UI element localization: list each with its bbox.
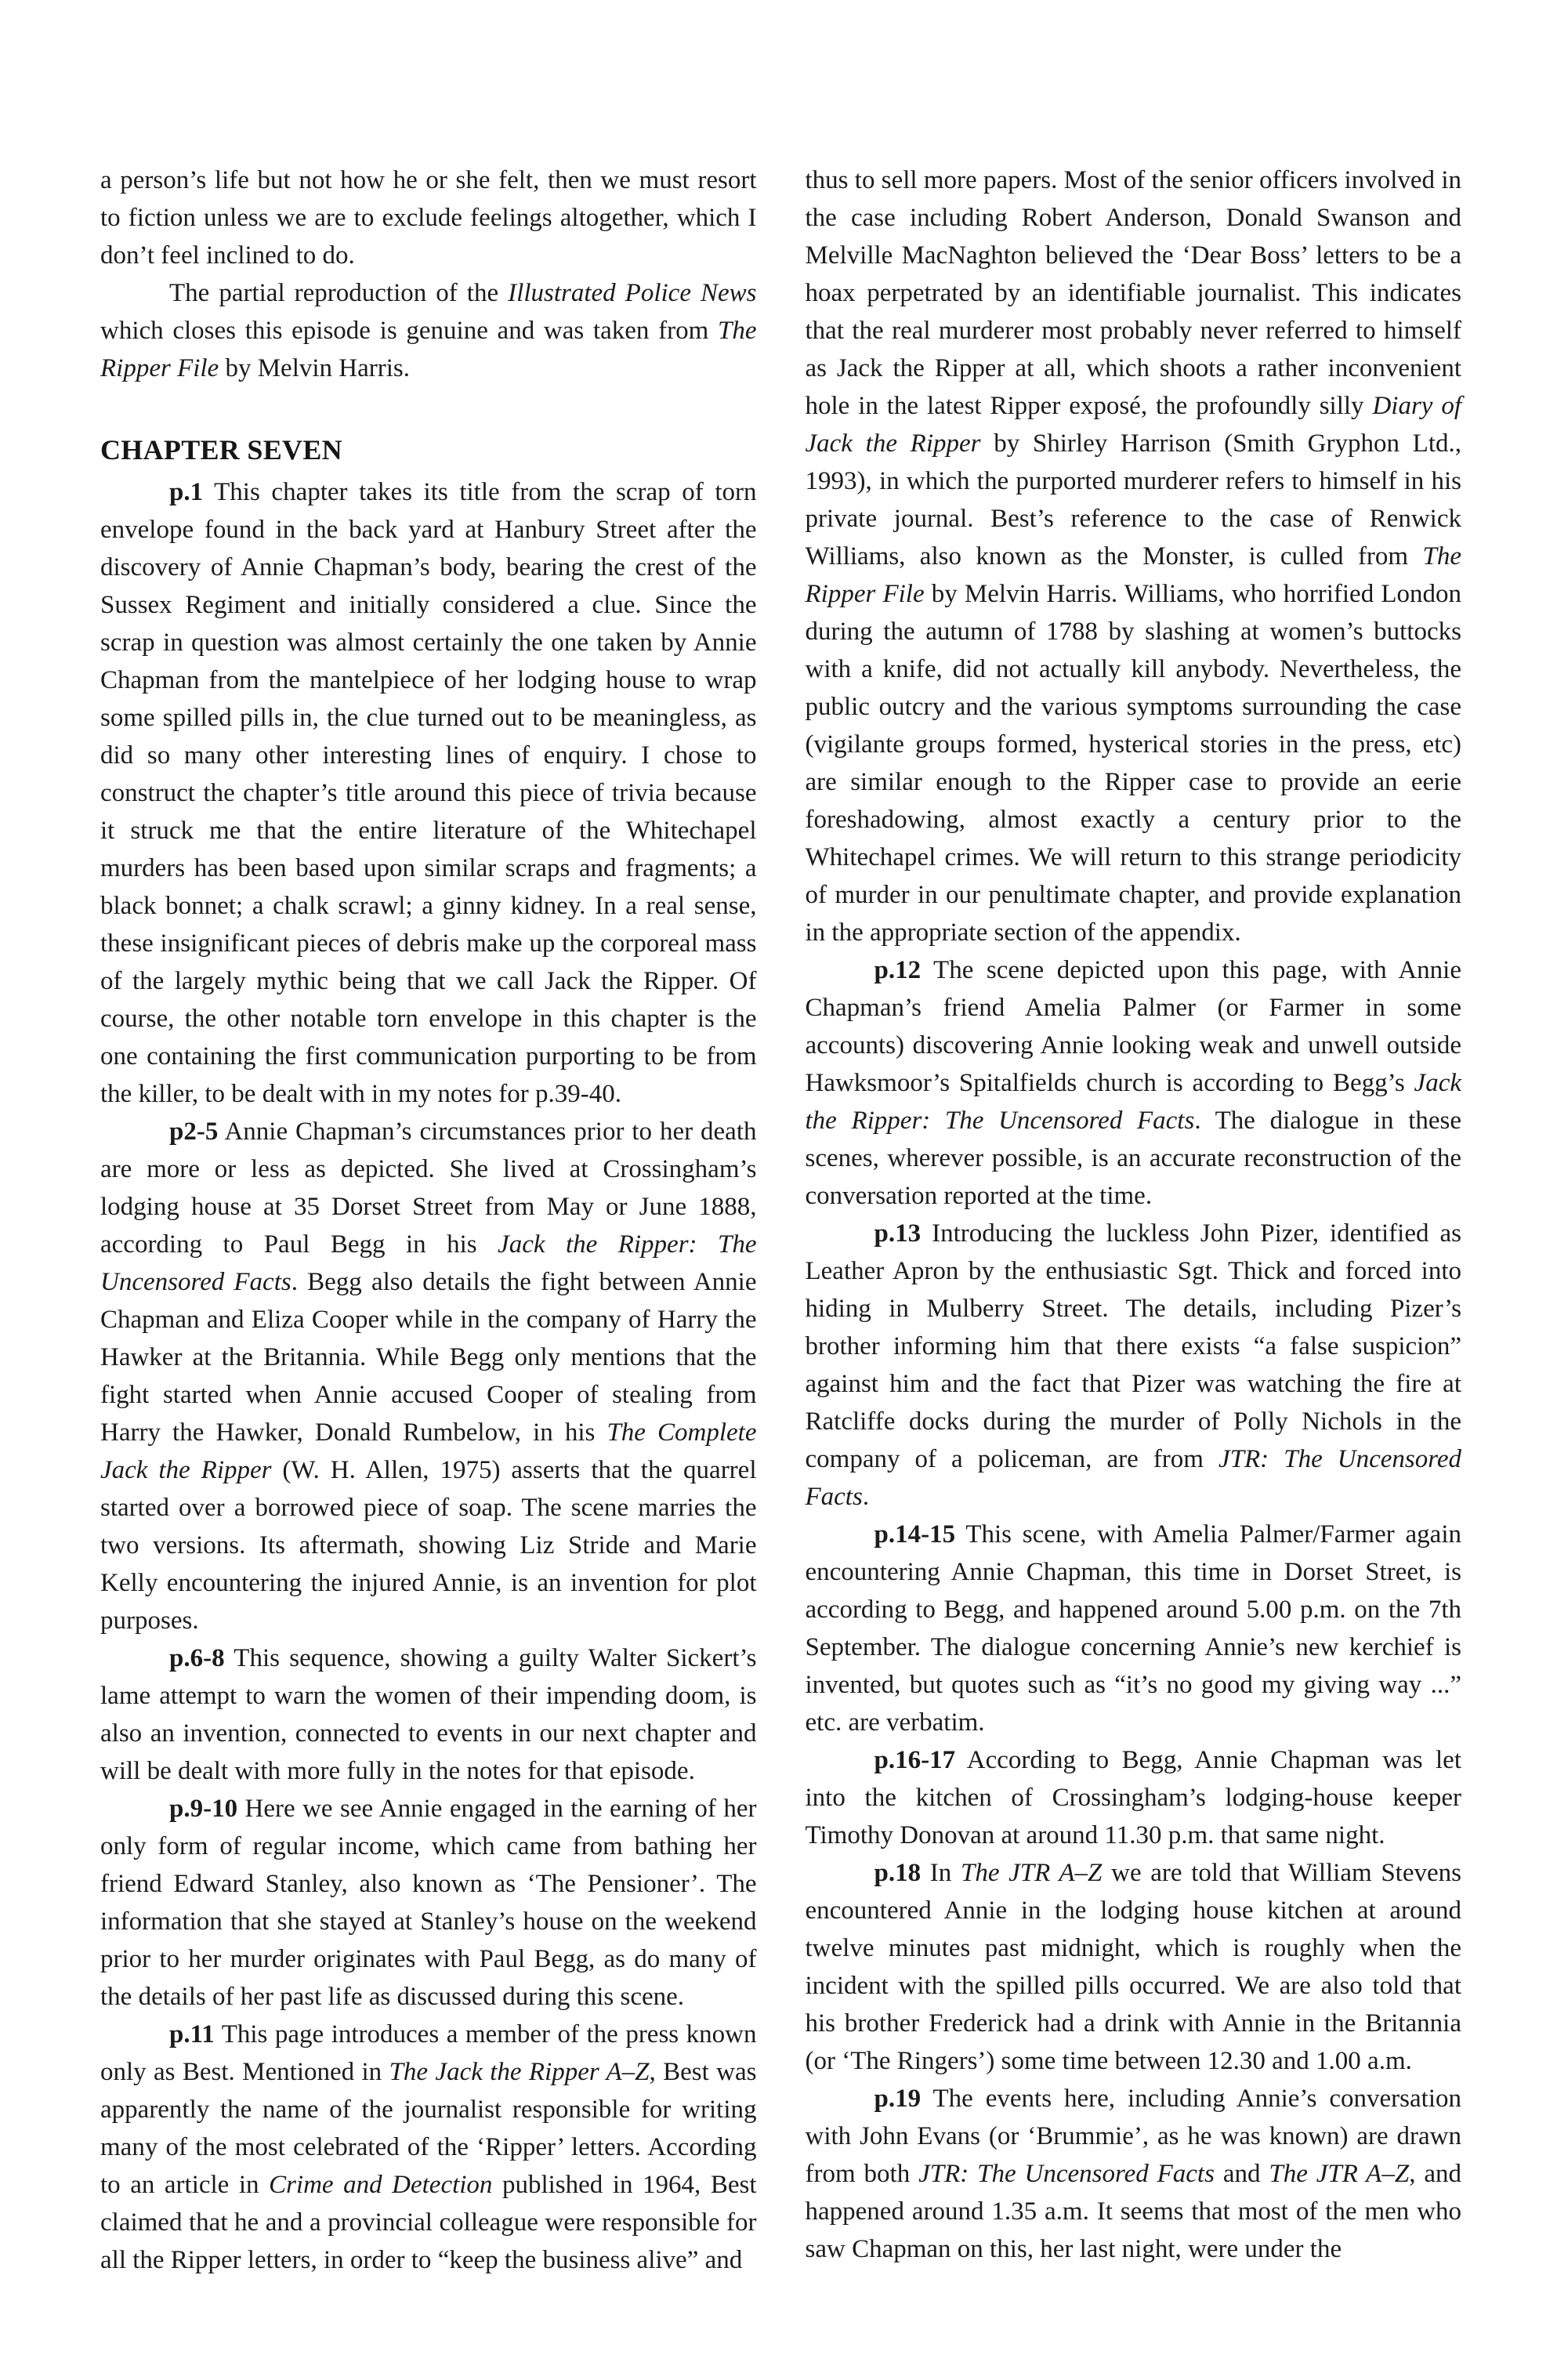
book-title-text: The JTR A–Z [961,1859,1102,1887]
page-ref-label: p.18 [874,1859,922,1887]
body-text-run: and [1215,2160,1269,2188]
book-title-text: The Jack the Ripper A–Z [389,2058,650,2086]
continuation-paragraph: a person’s life but not how he or she fe… [100,161,757,274]
body-text-run: we are told that William Stevens encount… [806,1859,1462,2075]
book-title-text: JTR: The Uncensored Facts [918,2160,1215,2188]
body-text-run: This chapter takes its title from the sc… [100,478,757,1108]
book-page: a person’s life but not how he or she fe… [0,0,1557,2380]
note-paragraph: p.9-10 Here we see Annie engaged in the … [100,1790,757,2016]
book-title-text: The JTR A–Z [1269,2160,1409,2188]
body-text-run: . [863,1483,869,1511]
body-text-run: a person’s life but not how he or she fe… [100,166,757,270]
note-paragraph: p.14-15 This scene, with Amelia Palmer/F… [806,1516,1462,1741]
note-paragraph: p.6-8 This sequence, showing a guilty Wa… [100,1639,757,1790]
book-title-text: Crime and Detection [269,2171,492,2199]
body-text-run: In [921,1859,961,1887]
chapter-heading: CHAPTER SEVEN [100,431,757,469]
page-ref-label: p.16-17 [874,1746,956,1774]
book-title-text: Illustrated Police News [508,279,756,307]
note-paragraph: p.1 This chapter takes its title from th… [100,473,757,1113]
body-text-run: by Melvin Harris. Williams, who horrifie… [806,580,1462,947]
body-text-run: This scene, with Amelia Palmer/Farmer ag… [806,1520,1462,1737]
body-text-run: which closes this episode is genuine and… [100,317,718,345]
page-ref-label: p.6-8 [169,1644,225,1672]
note-paragraph: p.13 Introducing the luckless John Pizer… [806,1215,1462,1516]
note-paragraph: p.19 The events here, including Annie’s … [806,2080,1462,2268]
page-ref-label: p.19 [874,2085,922,2113]
note-paragraph: p.16-17 According to Begg, Annie Chapman… [806,1741,1462,1854]
body-text-run: by Melvin Harris. [219,354,410,382]
continuation-paragraph: thus to sell more papers. Most of the se… [806,161,1462,951]
note-paragraph: p.11 This page introduces a member of th… [100,2016,757,2279]
page-ref-label: p.12 [874,956,922,984]
page-ref-label: p.1 [169,478,203,506]
page-ref-label: p.14-15 [874,1520,956,1549]
page-ref-label: p.11 [169,2020,215,2049]
body-text-run: Here we see Annie engaged in the earning… [100,1795,757,2011]
note-paragraph: p2-5 Annie Chapman’s circumstances prior… [100,1113,757,1639]
body-text-run: The partial reproduction of the [169,279,508,307]
left-column: a person’s life but not how he or she fe… [100,161,757,2302]
page-ref-label: p.13 [874,1219,922,1248]
body-text-run: thus to sell more papers. Most of the se… [806,166,1462,420]
body-text-run: Introducing the luckless John Pizer, ide… [806,1219,1462,1473]
page-ref-label: p.9-10 [169,1795,237,1823]
note-paragraph: p.12 The scene depicted upon this page, … [806,951,1462,1215]
page-ref-label: p2-5 [169,1118,218,1146]
right-column: thus to sell more papers. Most of the se… [806,161,1462,2302]
note-paragraph: The partial reproduction of the Illustra… [100,274,757,387]
note-paragraph: p.18 In The JTR A–Z we are told that Wil… [806,1854,1462,2080]
